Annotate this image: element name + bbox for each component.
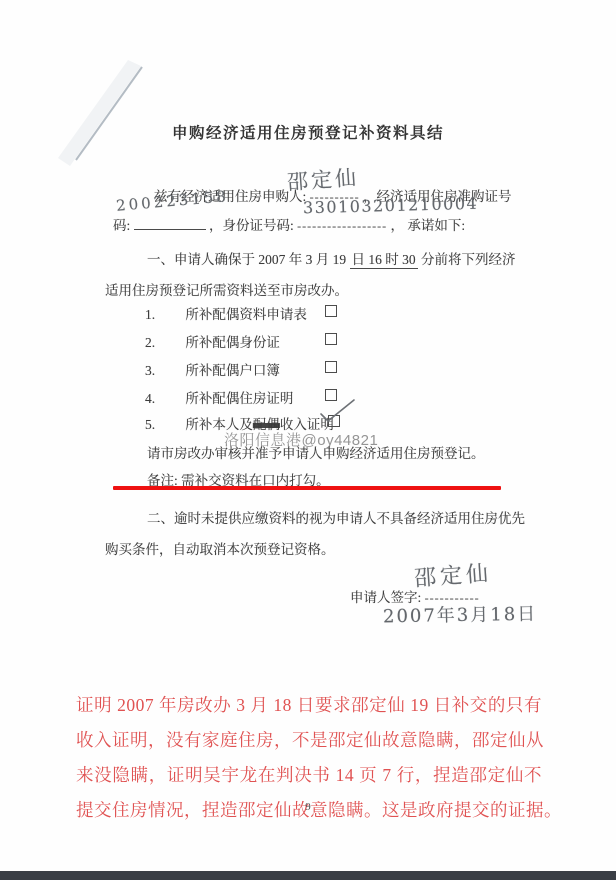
page-number: 9: [0, 801, 616, 813]
item-number: 3.: [145, 363, 182, 379]
checkmark-icon: [318, 398, 358, 424]
annotation-line-2: 收入证明，没有家庭住房，不是邵定仙故意隐瞒，邵定仙从: [76, 727, 542, 752]
annotation-line-3: 来没隐瞒，证明吴宇龙在判决书 14 页 7 行，捏造邵定仙不: [76, 762, 542, 787]
checklist-item-3: 3. 所补配偶户口簿: [145, 359, 545, 379]
clause-one-pre: 一、申请人确保于 2007 年 3 月 19: [147, 252, 346, 267]
item-number: 1.: [145, 307, 182, 323]
item-label: 所补配偶身份证: [185, 335, 280, 350]
promise-label: ， 承诺如下:: [390, 218, 465, 233]
code-label: 码:: [113, 218, 130, 233]
checklist-item-1: 1. 所补配偶资料申请表: [145, 303, 545, 323]
id-number-blank: ------------------: [297, 219, 387, 233]
checkbox-unchecked: [325, 305, 337, 317]
handwritten-date: 2007年3月18日: [383, 600, 538, 629]
document-title: 申购经济适用住房预登记补资料具结: [0, 121, 616, 143]
scanned-document-page: 申购经济适用住房预登记补资料具结 兹有经济适用住房申购人: ----------…: [0, 0, 616, 880]
item-number: 2.: [145, 335, 182, 351]
red-divider-line: [113, 486, 501, 490]
checkbox-unchecked: [325, 361, 337, 373]
item-number: 4.: [145, 391, 182, 407]
annotation-line-1: 证明 2007 年房改办 3 月 18 日要求邵定仙 19 日补交的只有: [76, 692, 542, 717]
clause-one-line-2: 适用住房预登记所需资料送至市房改办。: [105, 279, 348, 299]
bottom-scan-bar: [0, 871, 616, 880]
item-label: 所补配偶住房证明: [185, 391, 293, 406]
item-label: 所补配偶资料申请表: [185, 307, 307, 322]
clause-one-post: 分前将下列经济: [421, 252, 516, 267]
clause-two-line-1: 二、逾时未提供应缴资料的视为申请人不具备经济适用住房优先: [147, 507, 525, 527]
fold-crease-line: [0, 0, 220, 200]
request-line: 请市房改办审核并准予申请人申购经济适用住房预登记。: [147, 442, 485, 462]
id-label: ，身份证号码:: [209, 218, 294, 233]
item-number: 5.: [145, 417, 182, 433]
clause-one-line-1: 一、申请人确保于 2007 年 3 月 19 日 16 时 30 分前将下列经济: [147, 248, 516, 268]
clause-one-filled-time: 日 16 时 30: [350, 252, 418, 269]
clause-two-line-2: 购买条件，自动取消本次预登记资格。: [105, 538, 335, 558]
handwritten-applicant-name: 邵定仙: [286, 162, 360, 197]
permit-number-blank: [134, 217, 206, 230]
item-label: 所补配偶户口簿: [185, 363, 280, 378]
intro-line-2: 码: ，身份证号码: ------------------ ， 承诺如下:: [113, 214, 465, 234]
checklist-item-2: 2. 所补配偶身份证: [145, 331, 545, 351]
checkbox-unchecked: [325, 333, 337, 345]
handwritten-signature: 邵定仙: [413, 556, 493, 592]
